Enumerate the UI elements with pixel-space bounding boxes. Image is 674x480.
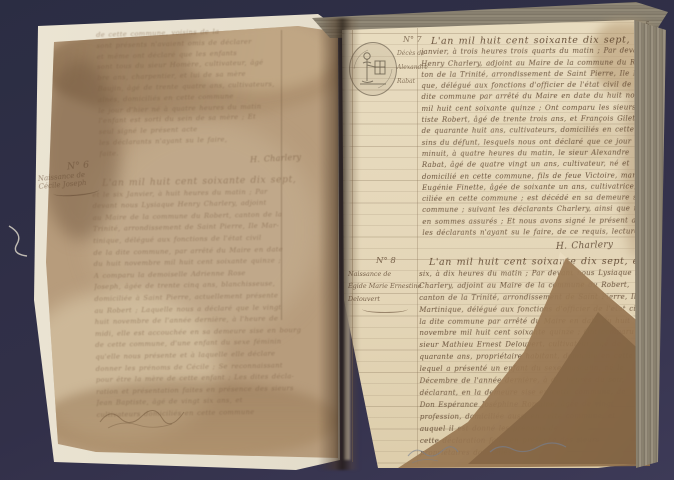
handwriting-line: L'an mil huit cent soixante dix sept, et… (419, 256, 652, 269)
flourish-line (362, 305, 408, 313)
pencil-annotation (404, 438, 574, 466)
margin-rule (417, 28, 418, 464)
handwriting-line: Charlery, adjoint au Maire de la commune… (419, 280, 652, 293)
left-entry-1: de cette commune, voisins de lasont prés… (96, 24, 330, 160)
handwriting-line: six, à dix heures du matin ; Par devant … (419, 268, 652, 281)
paper-thread (6, 224, 32, 258)
gutter-shadow (318, 18, 360, 470)
handwriting-line: canton de la Trinité, arrondissement de … (419, 291, 652, 304)
right-entry-1: L'an mil huit cent soixante dix sept, et… (421, 34, 653, 239)
right-entry-1-signature: H. Charlery (556, 240, 614, 252)
handwriting-line: les déclarants n'ayant su le faire, de c… (422, 226, 653, 239)
left-entry-2: L'an mil huit cent soixante dix sept,et … (92, 173, 333, 421)
signature-scribble (98, 402, 188, 432)
register-scan: de cette commune, voisins de lasont prés… (0, 0, 674, 480)
